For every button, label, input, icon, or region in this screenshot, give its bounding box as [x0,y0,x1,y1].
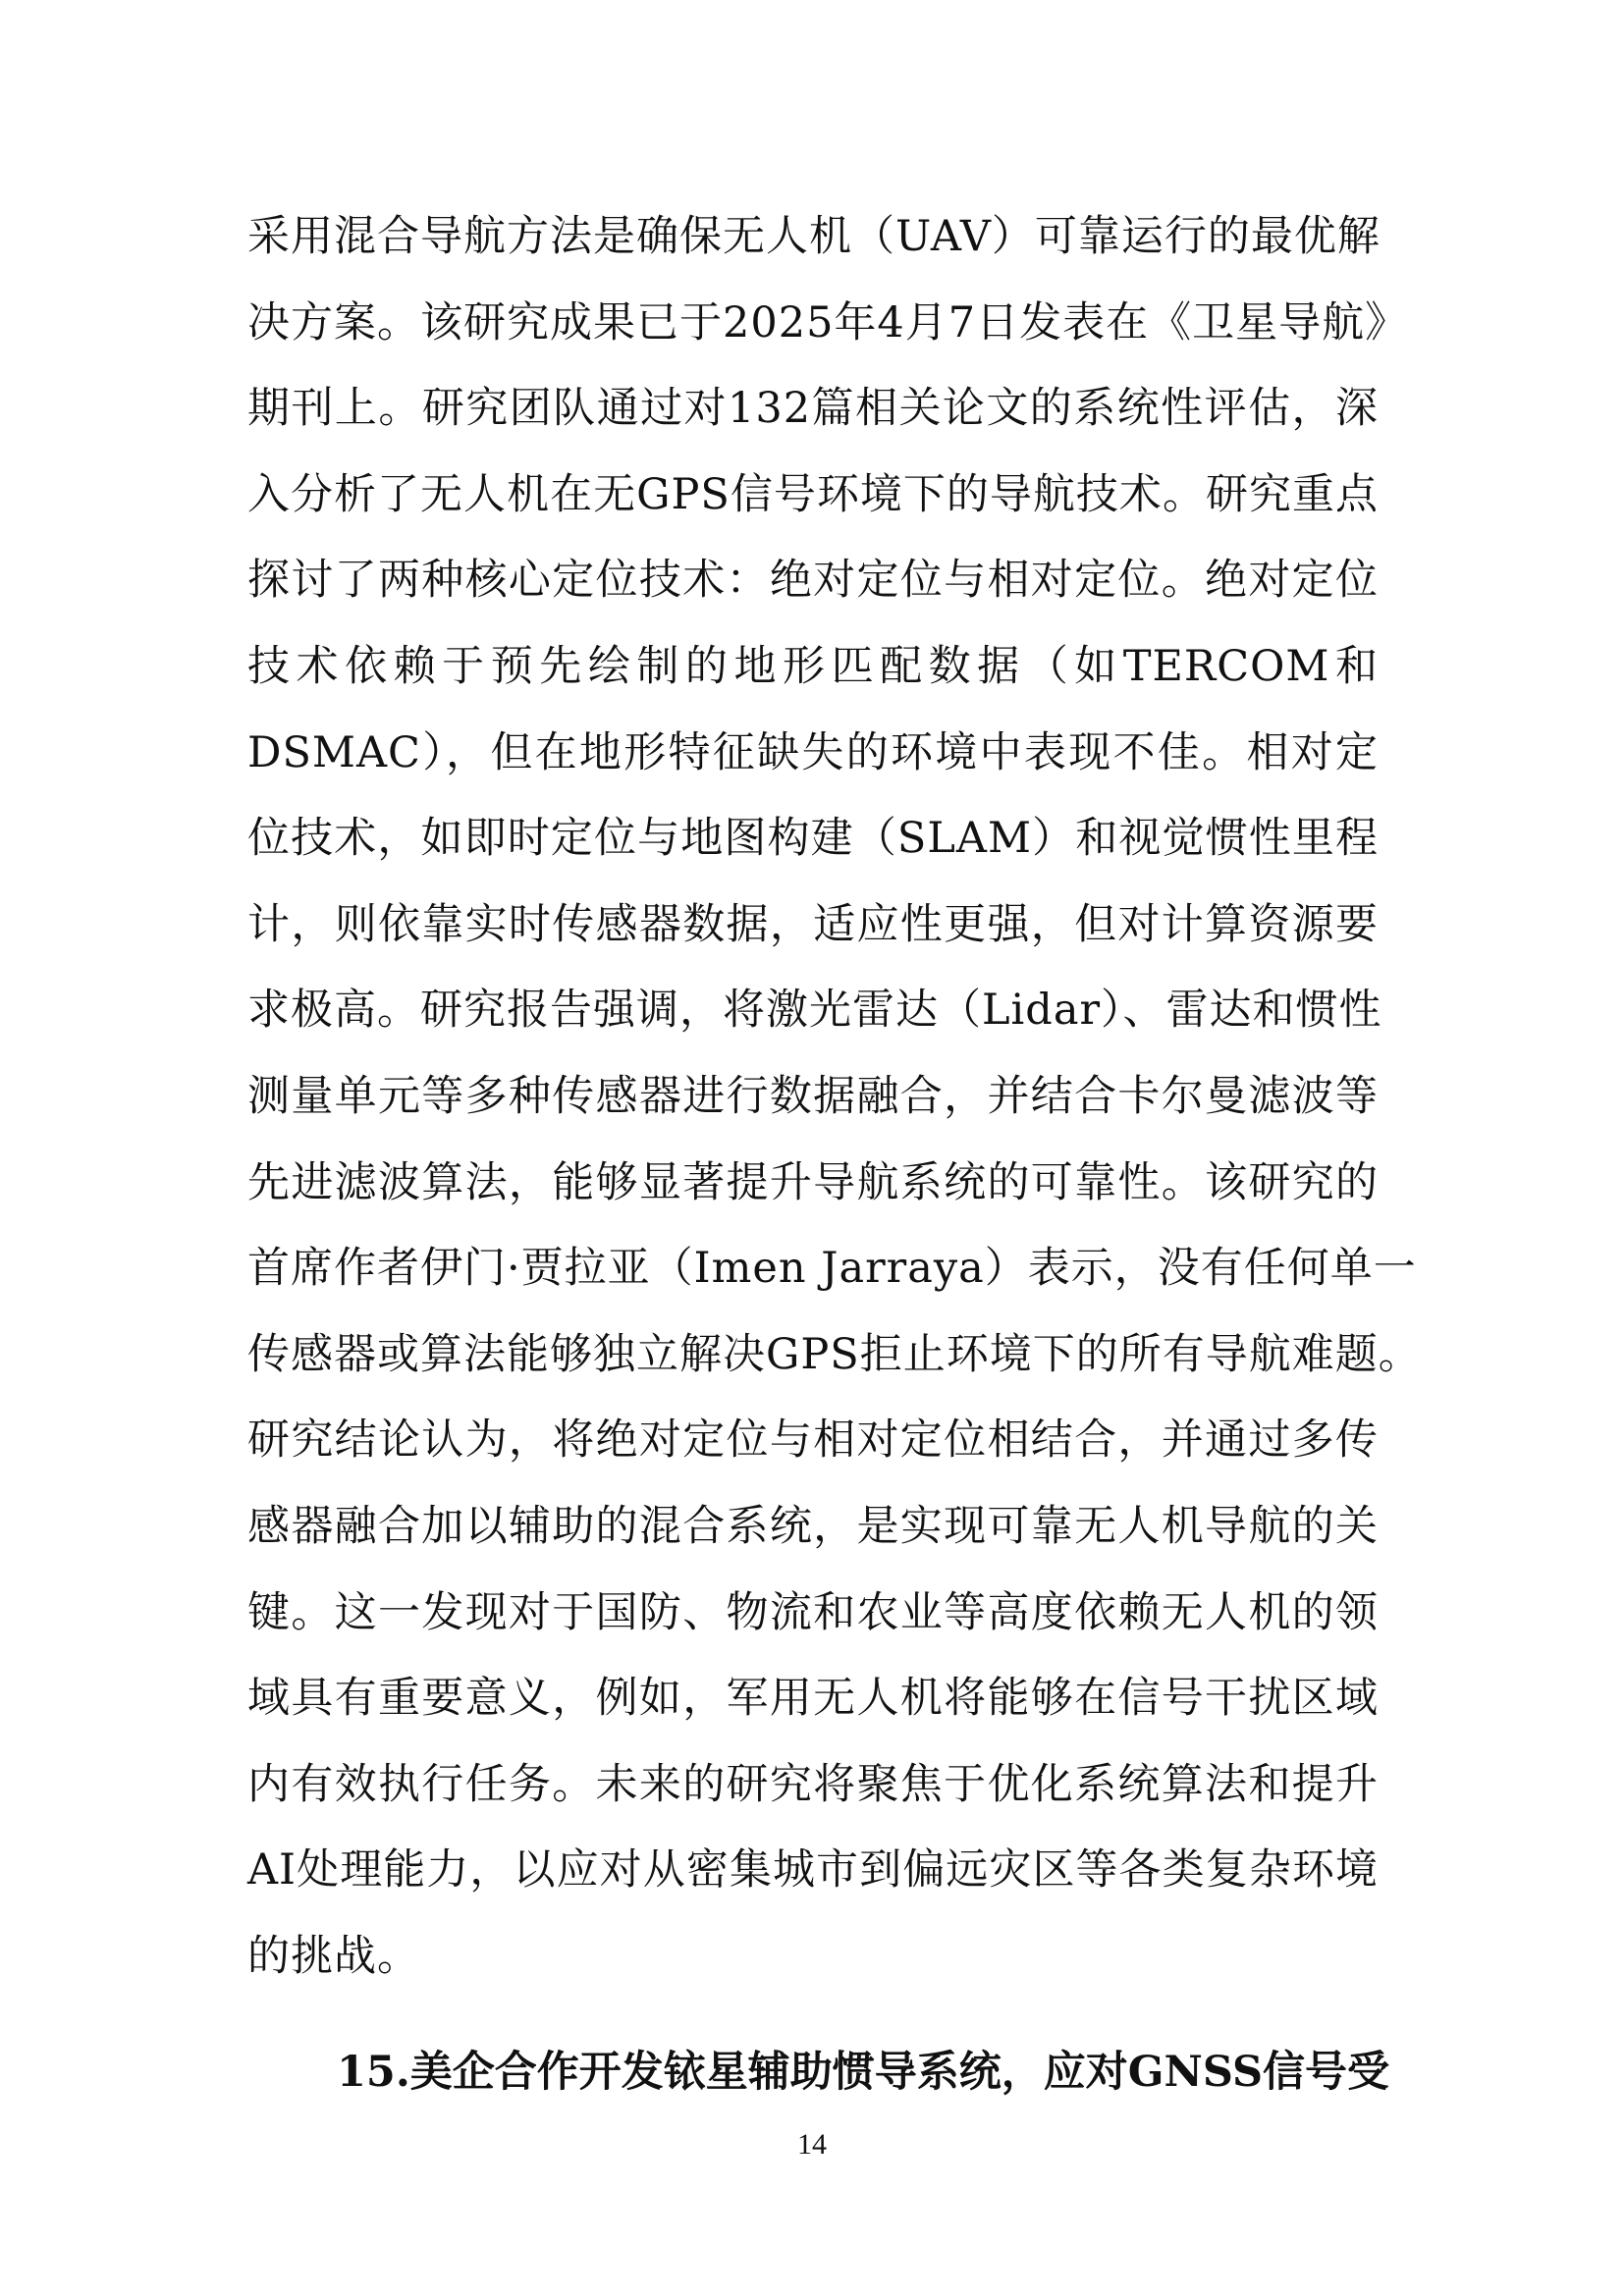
text-line: 入分析了无人机在无GPS信号环境下的导航技术。研究重点 [247,453,1379,539]
text-line: 探讨了两种核心定位技术：绝对定位与相对定位。绝对定位 [247,538,1379,624]
text-line: 域具有重要意义，例如，军用无人机将能够在信号干扰区域 [247,1656,1379,1742]
document-page: 采用混合导航方法是确保无人机（UAV）可靠运行的最优解 决方案。该研究成果已于2… [0,0,1624,2296]
text-line: 传感器或算法能够独立解决GPS拒止环境下的所有导航难题。 [247,1312,1379,1399]
text-line: 键。这一发现对于国防、物流和农业等高度依赖无人机的领 [247,1571,1379,1657]
text-line: 的挑战。 [247,1914,1379,2001]
text-line: 研究结论认为，将绝对定位与相对定位相结合，并通过多传 [247,1398,1379,1484]
text-line: 技术依赖于预先绘制的地形匹配数据（如TERCOM和 [247,624,1379,711]
section-heading: 15.美企合作开发铱星辅助惯导系统，应对GNSS信号受 [337,2030,1380,2115]
text-line: 测量单元等多种传感器进行数据融合，并结合卡尔曼滤波等 [247,1054,1379,1141]
body-paragraph: 采用混合导航方法是确保无人机（UAV）可靠运行的最优解 决方案。该研究成果已于2… [247,194,1379,2000]
text-line: 首席作者伊门·贾拉亚（Imen Jarraya）表示，没有任何单一 [247,1226,1379,1312]
text-line: 期刊上。研究团队通过对132篇相关论文的系统性评估，深 [247,366,1379,453]
text-line: 采用混合导航方法是确保无人机（UAV）可靠运行的最优解 [247,194,1379,281]
text-line: AI处理能力，以应对从密集城市到偏远灾区等各类复杂环境 [247,1828,1379,1914]
text-line: DSMAC），但在地形特征缺失的环境中表现不佳。相对定 [247,711,1379,797]
text-line: 决方案。该研究成果已于2025年4月7日发表在《卫星导航》 [247,281,1379,367]
text-line: 位技术，如即时定位与地图构建（SLAM）和视觉惯性里程 [247,796,1379,882]
text-line: 感器融合加以辅助的混合系统，是实现可靠无人机导航的关 [247,1484,1379,1571]
text-line: 内有效执行任务。未来的研究将聚焦于优化系统算法和提升 [247,1742,1379,1829]
text-line: 先进滤波算法，能够显著提升导航系统的可靠性。该研究的 [247,1141,1379,1227]
text-line: 求极高。研究报告强调，将激光雷达（Lidar）、雷达和惯性 [247,968,1379,1054]
text-line: 计，则依靠实时传感器数据，适应性更强，但对计算资源要 [247,882,1379,969]
page-number: 14 [0,2128,1624,2162]
